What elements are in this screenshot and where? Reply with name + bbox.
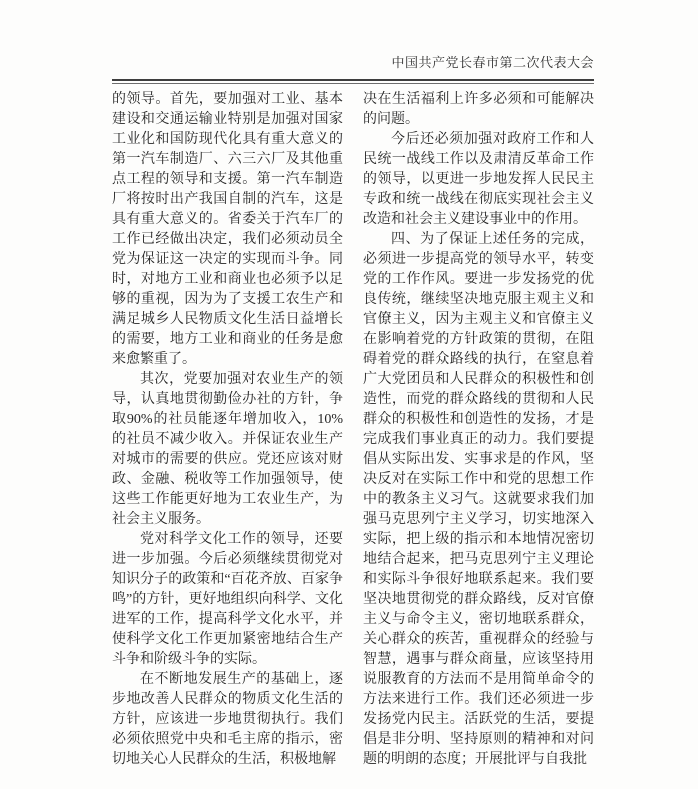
text-columns: 的领导。首先，要加强对工业、基本建设和交通运输业特别是加强对国家工业化和国防现代… [112,90,594,770]
paragraph: 的领导。首先，要加强对工业、基本建设和交通运输业特别是加强对国家工业化和国防现代… [112,90,343,370]
header-divider-thin-line [112,83,594,84]
running-header-title: 中国共产党长春市第二次代表大会 [112,52,594,71]
header-divider-thick-line [112,79,594,81]
paragraph: 今后还必须加强对政府工作和人民统一战线工作以及肃清反革命工作的领导，以更进一步地… [363,130,594,230]
left-column: 的领导。首先，要加强对工业、基本建设和交通运输业特别是加强对国家工业化和国防现代… [112,90,343,770]
right-column: 决在生活福利上许多必须和可能解决的问题。 今后还必须加强对政府工作和人民统一战线… [363,90,594,770]
header-divider [112,79,594,84]
paragraph: 四、为了保证上述任务的完成，必须进一步提高党的领导水平，转变党的工作作风。要进一… [363,230,594,770]
document-page: 中国共产党长春市第二次代表大会 的领导。首先，要加强对工业、基本建设和交通运输业… [0,0,698,789]
paragraph: 党对科学文化工作的领导，还要进一步加强。今后必须继续贯彻党对知识分子的政策和“百… [112,530,343,670]
paragraph: 其次，党要加强对农业生产的领导，认真地贯彻勤俭办社的方针，争取90%的社员能逐年… [112,370,343,530]
paragraph: 在不断地发展生产的基础上，逐步地改善人民群众的物质文化生活的方针，应该进一步地贯… [112,670,343,770]
paragraph: 决在生活福利上许多必须和可能解决的问题。 [363,90,594,130]
